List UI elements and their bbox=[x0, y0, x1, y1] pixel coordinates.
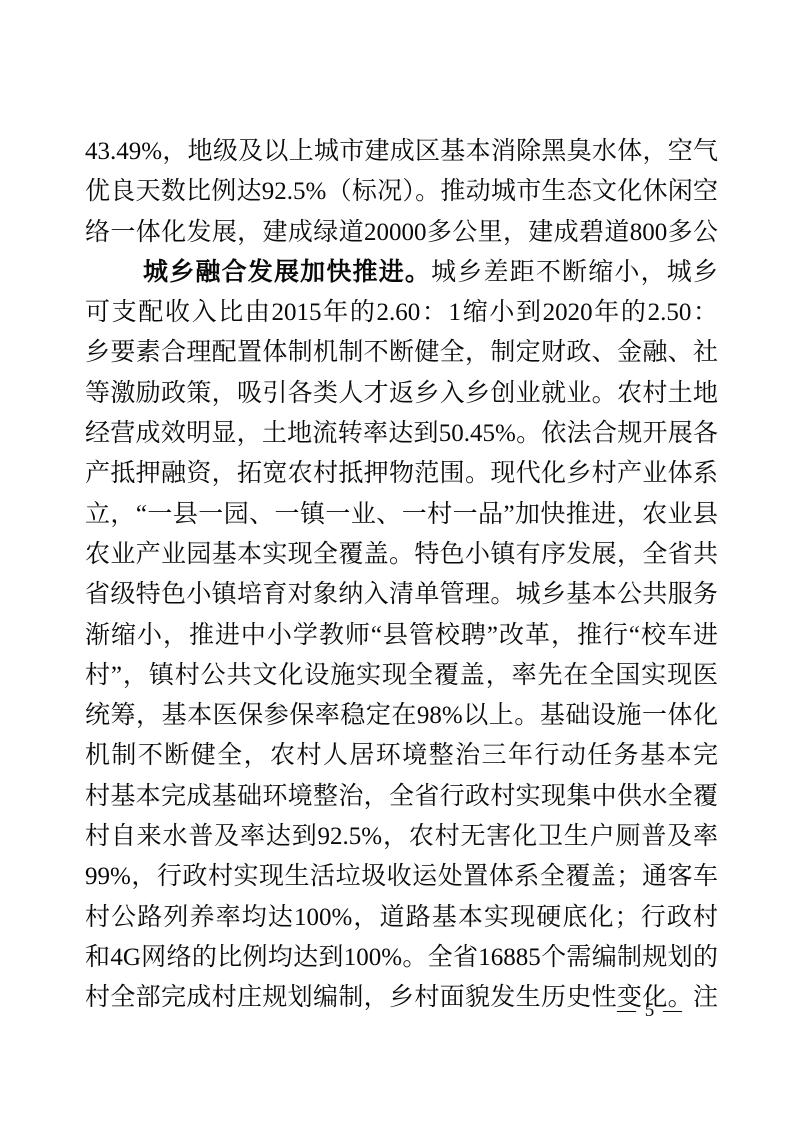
text-line: 43.49%，地级及以上城市建成区基本消除黑臭水体，空气质量 bbox=[85, 132, 718, 172]
line-text: 可支配收入比由2015年的2.60：1缩小到2020年的2.50：1。城 bbox=[85, 299, 718, 333]
text-line: 可支配收入比由2015年的2.60：1缩小到2020年的2.50：1。城 bbox=[85, 293, 718, 333]
text-line: 和4G网络的比例均达到100%。全省16885个需编制规划的行政 bbox=[85, 938, 718, 978]
line-text: 和4G网络的比例均达到100%。全省16885个需编制规划的行政 bbox=[85, 944, 718, 978]
line-text: 43.49%，地级及以上城市建成区基本消除黑臭水体，空气质量 bbox=[85, 138, 718, 172]
text-line: 统筹，基本医保参保率稳定在98%以上。基础设施一体化建设 bbox=[85, 696, 718, 736]
text-line: 机制不断健全，农村人居环境整治三年行动任务基本完成，自然 bbox=[85, 736, 718, 776]
text-line: 乡要素合理配置体制机制不断健全，制定财政、金融、社会保障 bbox=[85, 333, 718, 373]
text-line: 络一体化发展，建成绿道20000多公里，建成碧道800多公里。 bbox=[85, 213, 718, 253]
line-text: 村公路列养率均达100%，道路基本实现硬底化；行政村通光纤 bbox=[85, 904, 718, 938]
line-text: 乡要素合理配置体制机制不断健全，制定财政、金融、社会保障 bbox=[85, 339, 718, 373]
text-line: 经营成效明显，土地流转率达到50.45%。依法合规开展各类资 bbox=[85, 414, 718, 454]
text-line: 等激励政策，吸引各类人才返乡入乡创业就业。农村土地规模化 bbox=[85, 374, 718, 414]
text-line: 村自来水普及率达到92.5%，农村无害化卫生户厕普及率达到 bbox=[85, 817, 718, 857]
text-line: 立，“一县一园、一镇一业、一村一品”加快推进，农业县现代 bbox=[85, 495, 718, 535]
line-text: 立，“一县一园、一镇一业、一村一品”加快推进，农业县现代 bbox=[85, 501, 718, 535]
text-line: 村公路列养率均达100%，道路基本实现硬底化；行政村通光纤 bbox=[85, 898, 718, 938]
text-line: 省级特色小镇培育对象纳入清单管理。城乡基本公共服务差距逐 bbox=[85, 575, 718, 615]
line-text: 络一体化发展，建成绿道20000多公里，建成碧道800多公里。 bbox=[85, 219, 718, 253]
line-text: 99%，行政村实现生活垃圾收运处置体系全覆盖；通客车率和农 bbox=[85, 863, 718, 897]
line-text: 村基本完成基础环境整治，全省行政村实现集中供水全覆盖，农 bbox=[85, 783, 718, 817]
line-text: 统筹，基本医保参保率稳定在98%以上。基础设施一体化建设 bbox=[85, 702, 718, 736]
line-text: 渐缩小，推进中小学教师“县管校聘”改革，推行“校车进 bbox=[85, 622, 718, 649]
line-text: 优良天数比例达92.5%（标况）。推动城市生态文化休闲空间网 bbox=[85, 178, 718, 212]
bold-lead: 城乡融合发展加快推进。 bbox=[143, 259, 431, 286]
line-text: 产抵押融资，拓宽农村抵押物范围。现代化乡村产业体系初步建 bbox=[85, 460, 718, 494]
line-text: 经营成效明显，土地流转率达到50.45%。依法合规开展各类资 bbox=[85, 420, 718, 454]
text-line-paragraph-start: 城乡融合发展加快推进。城乡差距不断缩小，城乡居民人均 bbox=[85, 253, 718, 293]
text-line: 村”，镇村公共文化设施实现全覆盖，率先在全国实现医保城乡 bbox=[85, 656, 718, 696]
line-text: 村自来水普及率达到92.5%，农村无害化卫生户厕普及率达到 bbox=[85, 823, 718, 857]
line-text: 机制不断健全，农村人居环境整治三年行动任务基本完成，自然 bbox=[85, 742, 718, 776]
text-block: 43.49%，地级及以上城市建成区基本消除黑臭水体，空气质量 优良天数比例达92… bbox=[85, 132, 718, 1019]
text-line: 99%，行政村实现生活垃圾收运处置体系全覆盖；通客车率和农 bbox=[85, 857, 718, 897]
page-number: — 5 — bbox=[603, 998, 698, 1024]
line-text: 农业产业园基本实现全覆盖。特色小镇有序发展，全省共142个 bbox=[85, 541, 718, 575]
text-line: 优良天数比例达92.5%（标况）。推动城市生态文化休闲空间网 bbox=[85, 172, 718, 212]
line-text: 等激励政策，吸引各类人才返乡入乡创业就业。农村土地规模化 bbox=[85, 380, 718, 414]
line-text: 省级特色小镇培育对象纳入清单管理。城乡基本公共服务差距逐 bbox=[85, 581, 718, 615]
text-line: 渐缩小，推进中小学教师“县管校聘”改革，推行“校车进 bbox=[85, 616, 718, 656]
document-page: 43.49%，地级及以上城市建成区基本消除黑臭水体，空气质量 优良天数比例达92… bbox=[0, 0, 794, 1123]
text-line: 村基本完成基础环境整治，全省行政村实现集中供水全覆盖，农 bbox=[85, 777, 718, 817]
line-text: 村”，镇村公共文化设施实现全覆盖，率先在全国实现医保城乡 bbox=[85, 662, 718, 696]
text-line: 农业产业园基本实现全覆盖。特色小镇有序发展，全省共142个 bbox=[85, 535, 718, 575]
text-line: 产抵押融资，拓宽农村抵押物范围。现代化乡村产业体系初步建 bbox=[85, 454, 718, 494]
